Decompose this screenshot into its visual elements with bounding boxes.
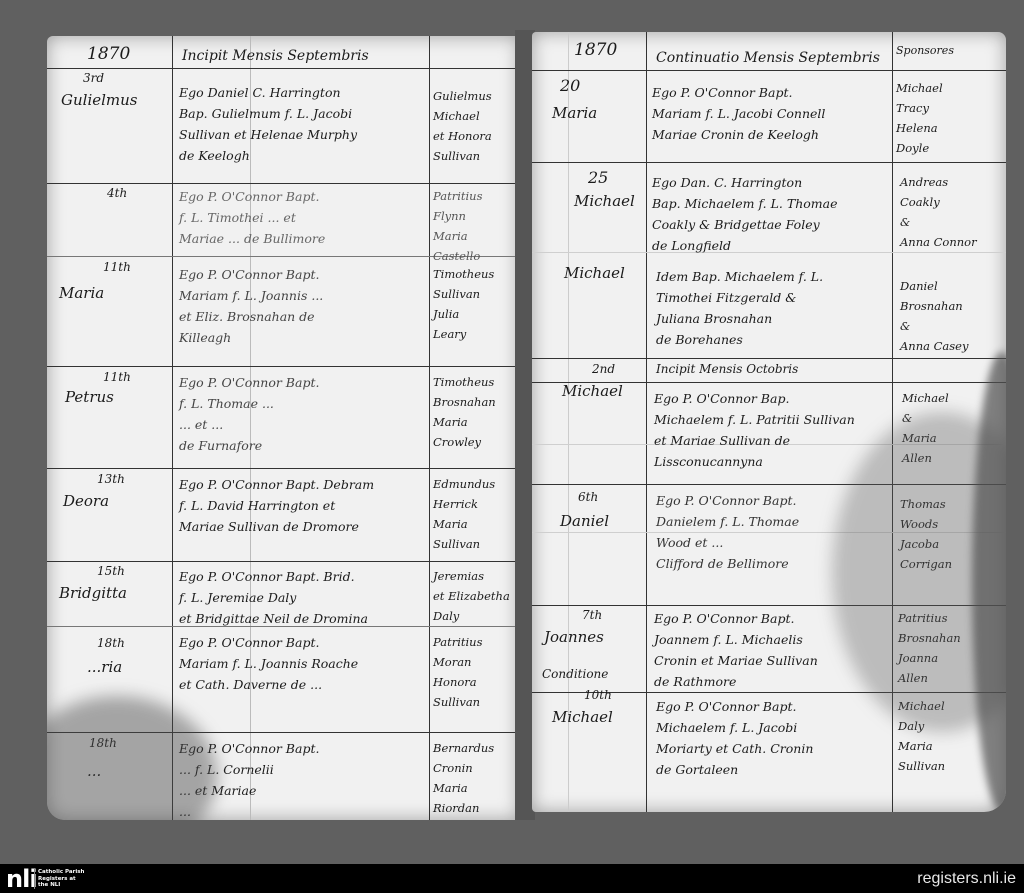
page-year: 1870 — [87, 44, 130, 64]
entry-text: Ego P. O'Connor Bapt. Brid. f. L. Jeremi… — [179, 566, 368, 629]
entry-date: 4th — [107, 186, 127, 200]
entry-name: Daniel — [560, 512, 609, 530]
logo-caption: Catholic Parish Registers at the NLI — [38, 869, 84, 889]
entry-date: 6th — [578, 490, 598, 504]
entry-date: 13th — [97, 472, 125, 486]
entry-text: Ego Dan. C. Harrington Bap. Michaelem f.… — [652, 172, 838, 256]
left-register-page: 1870 Incipit Mensis Septembris 3rd Gulie… — [47, 36, 519, 820]
date-column-divider — [172, 36, 173, 820]
page-year: 1870 — [574, 40, 617, 60]
entry-sponsors: Edmundus Herrick Maria Sullivan — [433, 474, 495, 554]
month-heading: Incipit Mensis Septembris — [182, 48, 369, 64]
logo-caption-line: the NLI — [38, 882, 84, 889]
site-url-link[interactable]: registers.nli.ie — [917, 870, 1016, 888]
entry-divider — [47, 468, 519, 469]
entry-name: Deora — [63, 492, 109, 510]
nli-logo[interactable]: nli — [6, 868, 37, 890]
entry-date: 7th — [582, 608, 602, 622]
entry-name: Gulielmus — [61, 91, 138, 109]
entry-sponsors: Jeremias et Elizabetha Daly — [433, 566, 510, 626]
entry-divider — [47, 561, 519, 562]
entry-name: Maria — [59, 284, 104, 302]
entry-name: Joannes — [544, 628, 604, 646]
register-scan-image: 1870 Incipit Mensis Septembris 3rd Gulie… — [0, 0, 1024, 864]
entry-sponsors: Daniel Brosnahan & Anna Casey — [900, 276, 969, 356]
month-heading: Incipit Mensis Octobris — [656, 362, 798, 376]
entry-condition: Conditione — [542, 664, 608, 684]
entry-name: ...ria — [87, 658, 122, 676]
date-column-divider — [646, 32, 647, 812]
entry-sponsors: Timotheus Brosnahan Maria Crowley — [433, 372, 496, 452]
entry-date: 25 — [588, 168, 608, 187]
entry-name: Maria — [552, 104, 597, 122]
entry-sponsors: Patritius Moran Honora Sullivan — [433, 632, 482, 712]
right-register-page: 1870 Continuatio Mensis Septembris Spons… — [532, 32, 1006, 812]
entry-date: 3rd — [83, 71, 104, 85]
logo-divider — [34, 869, 35, 889]
entry-date: 10th — [584, 688, 612, 702]
entry-text: Ego P. O'Connor Bapt. Mariam f. L. Joann… — [179, 264, 323, 348]
entry-text: Ego P. O'Connor Bapt. f. L. Timothei ...… — [179, 186, 325, 249]
entry-divider — [532, 358, 1006, 359]
entry-divider — [47, 183, 519, 184]
month-heading: Continuatio Mensis Septembris — [656, 50, 880, 66]
entry-name: Michael — [574, 192, 635, 210]
entry-date: 15th — [97, 564, 125, 578]
entry-text: Idem Bap. Michaelem f. L. Timothei Fitzg… — [656, 266, 823, 350]
header-rule — [532, 70, 1006, 71]
entry-text: Ego P. O'Connor Bapt. Mariam f. L. Joann… — [179, 632, 358, 695]
entry-sponsors: Bernardus Cronin Maria Riordan — [433, 738, 494, 818]
entry-sponsors: Timotheus Sullivan Julia Leary — [433, 264, 494, 344]
entry-name: Michael — [562, 382, 623, 400]
viewer-footer: nli Catholic Parish Registers at the NLI… — [0, 864, 1024, 893]
entry-sponsors: Patritius Flynn Maria Castello — [433, 186, 482, 266]
entry-name: Michael — [564, 264, 625, 282]
entry-text: Ego P. O'Connor Bapt. Joannem f. L. Mich… — [654, 608, 818, 692]
entry-sponsors: Michael Tracy Helena Doyle — [896, 78, 943, 158]
logo-caption-line: Catholic Parish — [38, 869, 84, 876]
entry-date: 2nd — [592, 362, 615, 376]
entry-date: 18th — [97, 636, 125, 650]
faint-rule — [568, 32, 569, 812]
entry-name: Bridgitta — [59, 584, 127, 602]
entry-sponsors: Gulielmus Michael et Honora Sullivan — [433, 86, 492, 166]
entry-divider — [532, 162, 1006, 163]
entry-date: 20 — [560, 76, 580, 95]
scan-shadow — [47, 696, 217, 820]
entry-text: Ego P. O'Connor Bapt. Mariam f. L. Jacob… — [652, 82, 825, 145]
entry-text: Ego P. O'Connor Bapt. Debram f. L. David… — [179, 474, 374, 537]
entry-text: Ego P. O'Connor Bapt. f. L. Thomae ... .… — [179, 372, 319, 456]
entry-text: Ego Daniel C. Harrington Bap. Gulielmum … — [179, 82, 357, 166]
entry-date: 11th — [103, 260, 131, 274]
entry-name: Michael — [552, 708, 613, 726]
header-rule — [47, 68, 519, 69]
entry-date: 11th — [103, 370, 131, 384]
entry-sponsors: Andreas Coakly & Anna Connor — [900, 172, 977, 252]
entry-name: Petrus — [65, 388, 114, 406]
sponsors-heading: Sponsores — [896, 44, 954, 57]
entry-text: Ego P. O'Connor Bapt. Michaelem f. L. Ja… — [656, 696, 813, 780]
sponsor-column-divider — [429, 36, 430, 820]
entry-text: Ego P. O'Connor Bapt. Danielem f. L. Tho… — [656, 490, 799, 574]
entry-text: Ego P. O'Connor Bap. Michaelem f. L. Pat… — [654, 388, 855, 472]
entry-divider — [47, 366, 519, 367]
